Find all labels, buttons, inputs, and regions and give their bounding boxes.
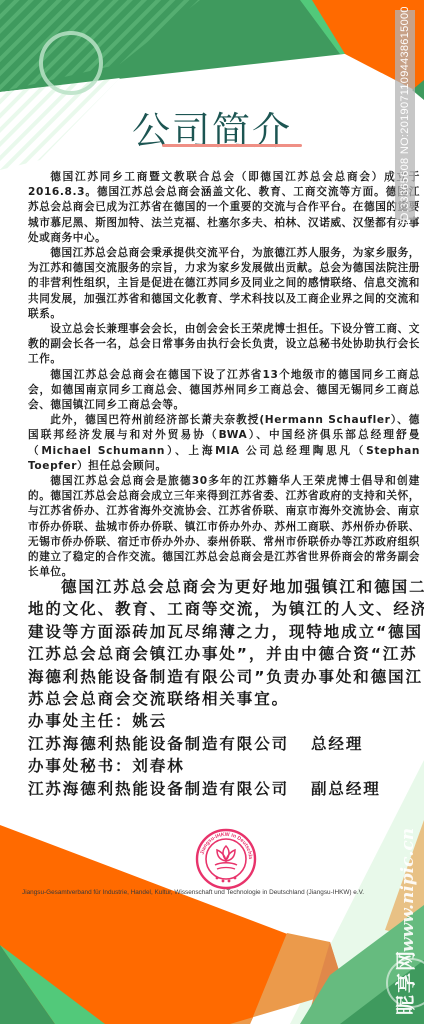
- secretary-name: 刘春林: [132, 755, 184, 777]
- organization-full-name: Jiangsu-Gesamtverband für Industrie, Han…: [22, 889, 424, 896]
- office-line: 苏总会总商会交流联络相关事宜。: [28, 688, 424, 710]
- director-company: 江苏海德利热能设备制造有限公司: [28, 733, 289, 755]
- title-underline: [162, 144, 302, 147]
- site-url-watermark: www.nipic.cn: [395, 830, 421, 950]
- office-line: 德国江苏总会总商会为更好地加强镇江和德国二: [28, 576, 424, 598]
- office-line: 地的文化、教育、工商等交流，为镇江的人文、经济: [28, 598, 424, 620]
- image-id-watermark: ID:33365608 NO:20190711094438615000: [395, 10, 415, 220]
- brand-watermark: 昵享网: [386, 940, 422, 1024]
- intro-paragraph: 此外，德国巴符州前经济部长萧夫奈教授(Hermann Schaufler）、德国…: [28, 413, 420, 474]
- intro-paragraph: 德国江苏总会总商会秉承提供交流平台，为旅德江苏人服务，为家乡服务，为江苏和德国交…: [28, 246, 420, 322]
- secretary-row: 办事处秘书：刘春林: [28, 755, 424, 777]
- intro-paragraph: 设立总会长兼理事会会长，由创会会长王荣虎博士担任。下设分管工商、文教的副会长各一…: [28, 322, 420, 368]
- secretary-company-row: 江苏海德利热能设备制造有限公司副总经理: [28, 778, 424, 800]
- intro-paragraph: 德国江苏同乡工商暨文教联合总会（即德国江苏总会总商会）成立于2016.8.3。德…: [28, 170, 420, 246]
- secretary-title: 副总经理: [311, 778, 381, 800]
- director-name: 姚云: [132, 710, 167, 732]
- director-row: 办事处主任：姚云: [28, 710, 424, 732]
- company-profile-page: 公司简介 德国江苏同乡工商暨文教联合总会（即德国江苏总会总商会）成立于2016.…: [0, 0, 424, 1024]
- intro-paragraph: 德国江苏总会总商会在德国下设了江苏省13个地级市的德国同乡工商总会，如德国南京同…: [28, 368, 420, 414]
- office-line: 建设等方面添砖加瓦尽绵薄之力，现特地成立“德国: [28, 621, 424, 643]
- secretary-company: 江苏海德利热能设备制造有限公司: [28, 778, 289, 800]
- intro-paragraph: 德国江苏总会总商会是旅德30多年的江苏籍华人王荣虎博士倡导和创建的。德国江苏总会…: [28, 474, 420, 580]
- office-line: 江苏总会总商会镇江办事处”，并由中德合资“江苏: [28, 643, 424, 665]
- office-line: 海德利热能设备制造有限公司”负责办事处和德国江: [28, 666, 424, 688]
- director-title: 总经理: [311, 733, 363, 755]
- director-company-row: 江苏海德利热能设备制造有限公司总经理: [28, 733, 424, 755]
- zhenjiang-office-section: 德国江苏总会总商会为更好地加强镇江和德国二 地的文化、教育、工商等交流，为镇江的…: [28, 576, 424, 800]
- intro-section: 德国江苏同乡工商暨文教联合总会（即德国江苏总会总商会）成立于2016.8.3。德…: [28, 170, 420, 580]
- secretary-label: 办事处秘书：: [28, 755, 132, 777]
- organization-logo-icon: Jiangsu-IHKW in Deutschland: [195, 828, 257, 890]
- director-label: 办事处主任：: [28, 710, 132, 732]
